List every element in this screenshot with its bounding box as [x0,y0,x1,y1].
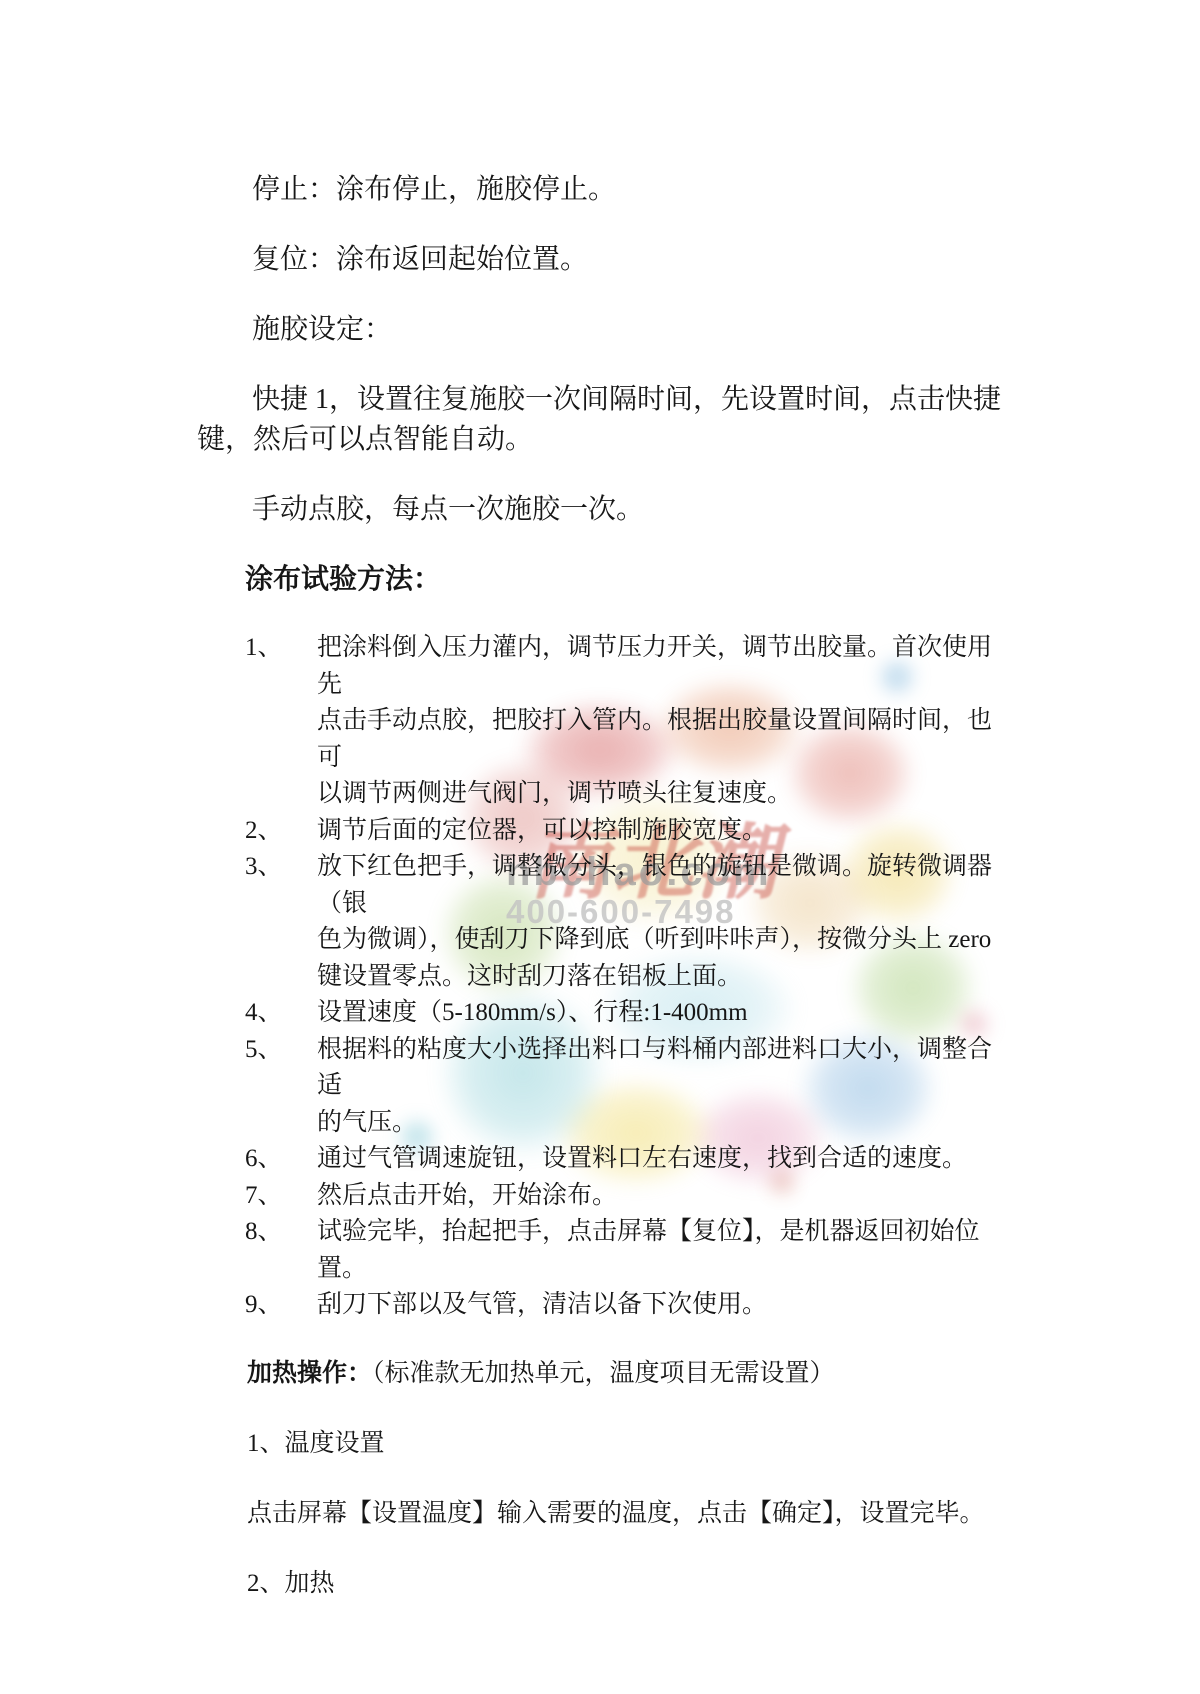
list-item-number: 6、 [245,1141,283,1178]
list-item-number: 3、 [245,849,283,886]
list-item-1: 1、 把涂料倒入压力灌内，调节压力开关，调节出胶量。首次使用先 点击手动点胶，把… [197,630,1015,813]
text-line: 快捷 1，设置往复施胶一次间隔时间，先设置时间，点击快捷 [197,380,1015,420]
para-glue-setting-label: 施胶设定： [197,310,1015,350]
text-line: 试验完毕，抬起把手，点击屏幕【复位】，是机器返回初始位置。 [317,1214,1015,1287]
list-item-3: 3、 放下红色把手，调整微分头，银色的旋钮是微调。旋转微调器（银 色为微调），使… [197,849,1015,995]
text-line: 刮刀下部以及气管，清洁以备下次使用。 [317,1287,1015,1324]
list-item-8: 8、 试验完毕，抬起把手，点击屏幕【复位】，是机器返回初始位置。 [197,1214,1015,1287]
para-temperature-setting-label: 1、温度设置 [197,1424,1015,1464]
text-line: 放下红色把手，调整微分头，银色的旋钮是微调。旋转微调器（银 [317,849,1015,922]
para-reset-description: 复位：涂布返回起始位置。 [197,240,1015,280]
text-line: 键设置零点。这时刮刀落在铝板上面。 [317,959,1015,996]
list-item-7: 7、 然后点击开始，开始涂布。 [197,1178,1015,1215]
para-heating-label: 2、加热 [197,1564,1015,1604]
text-line: 根据料的粘度大小选择出料口与料桶内部进料口大小，调整合适 [317,1032,1015,1105]
scanned-document-page: 南北潮 nbchao.com 400-600-7498 停止：涂布停止，施胶停止… [0,0,1200,1694]
text-line: 调节后面的定位器，可以控制施胶宽度。 [317,813,1015,850]
para-manual-dispense: 手动点胶，每点一次施胶一次。 [197,490,1015,530]
text-line: 色为微调），使刮刀下降到底（听到咔咔声），按微分头上 zero [317,922,1015,959]
list-item-number: 1、 [245,630,283,667]
list-item-6: 6、 通过气管调速旋钮，设置料口左右速度，找到合适的速度。 [197,1141,1015,1178]
text-line: 把涂料倒入压力灌内，调节压力开关，调节出胶量。首次使用先 [317,630,1015,703]
text-line: 键，然后可以点智能自动。 [197,420,1015,460]
text-line: 设置速度（5-180mm/s）、行程:1-400mm [317,995,1015,1032]
para-temperature-setting-instruction: 点击屏幕【设置温度】输入需要的温度，点击【确定】，设置完毕。 [197,1494,1015,1534]
list-item-number: 7、 [245,1178,283,1215]
text-line: 的气压。 [317,1105,1015,1142]
list-item-number: 9、 [245,1287,283,1324]
text-line: 点击手动点胶，把胶打入管内。根据出胶量设置间隔时间，也可 [317,703,1015,776]
text-line: 通过气管调速旋钮，设置料口左右速度，找到合适的速度。 [317,1141,1015,1178]
list-item-number: 5、 [245,1032,283,1069]
coating-test-steps-list: 1、 把涂料倒入压力灌内，调节压力开关，调节出胶量。首次使用先 点击手动点胶，把… [197,630,1015,1324]
heading-heating-operation: 加热操作：（标准款无加热单元，温度项目无需设置） [197,1354,1015,1394]
list-item-2: 2、 调节后面的定位器，可以控制施胶宽度。 [197,813,1015,850]
heating-operation-note: （标准款无加热单元，温度项目无需设置） [372,1360,835,1387]
document-body: 停止：涂布停止，施胶停止。 复位：涂布返回起始位置。 施胶设定： 快捷 1，设置… [197,170,1015,1634]
list-item-5: 5、 根据料的粘度大小选择出料口与料桶内部进料口大小，调整合适 的气压。 [197,1032,1015,1142]
para-stop-description: 停止：涂布停止，施胶停止。 [197,170,1015,210]
list-item-number: 8、 [245,1214,283,1251]
text-line: 以调节两侧进气阀门，调节喷头往复速度。 [317,776,1015,813]
heating-operation-label: 加热操作： [247,1360,372,1387]
list-item-4: 4、 设置速度（5-180mm/s）、行程:1-400mm [197,995,1015,1032]
list-item-number: 4、 [245,995,283,1032]
para-shortcut1-description: 快捷 1，设置往复施胶一次间隔时间，先设置时间，点击快捷 键，然后可以点智能自动… [197,380,1015,460]
heading-coating-test-method: 涂布试验方法： [197,560,1015,600]
list-item-number: 2、 [245,813,283,850]
list-item-9: 9、 刮刀下部以及气管，清洁以备下次使用。 [197,1287,1015,1324]
text-line: 然后点击开始，开始涂布。 [317,1178,1015,1215]
